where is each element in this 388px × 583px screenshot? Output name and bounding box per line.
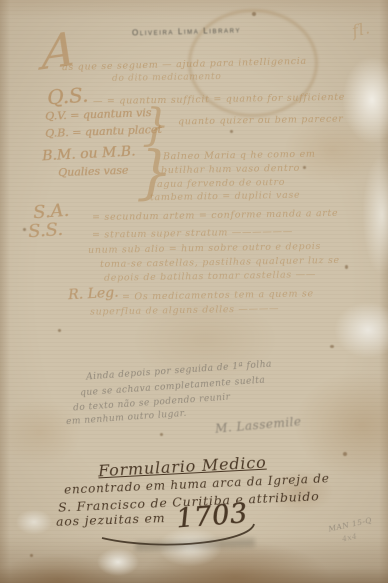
ink-speck: [252, 12, 256, 16]
ink-speck: [58, 329, 61, 332]
ink-speck: [30, 554, 33, 557]
ink-line: superflua de alguns delles ————: [90, 303, 279, 317]
ink-speck: [160, 433, 163, 436]
abbreviation: Q.S.: [46, 83, 89, 110]
ink-line: do dito medicamento: [112, 72, 222, 84]
abbreviation: Q.V. = quantum vis: [45, 106, 152, 123]
ink-line: tambem dito = duplici vase: [150, 190, 301, 204]
catalog-mark: MAN 15-Q: [328, 515, 373, 533]
ink-line: agua fervendo de outro: [157, 177, 285, 190]
abbreviation: Qualies vase: [58, 164, 129, 179]
ink-speck: [23, 228, 26, 231]
ink-line: depois de batilhas tomar castellas ——: [104, 269, 316, 284]
manuscript-page: Oliveira Lima Library fl. A as que se se…: [0, 0, 388, 583]
ink-line: Balneo Maria q he como em: [163, 149, 316, 163]
ink-speck: [345, 265, 348, 269]
ink-line: — = quantum sufficit = quanto for suffic…: [93, 92, 345, 107]
ink-speck: [330, 345, 334, 348]
ink-line: butilhar hum vaso dentro: [161, 163, 300, 176]
ink-line: toma-se castellas, pastilhas qualquer lu…: [100, 255, 340, 270]
pencil-signature: M. Lassemile: [215, 414, 303, 435]
ink-line: = Os medicamentos tem a quem se: [122, 288, 314, 302]
ink-speck: [343, 452, 347, 456]
ink-speck: [303, 166, 306, 169]
ink-line: unum sub alio = hum sobre outro e depois: [88, 241, 321, 256]
abbreviation: S.S.: [27, 219, 63, 242]
ink-line: = stratum super stratum ——————: [92, 226, 293, 241]
abbreviation: B.M. ou M.B.: [42, 144, 136, 165]
ink-line: = secundum artem = conforme manda a arte: [92, 208, 339, 223]
catalog-mark: 4x4: [341, 532, 358, 544]
ink-speck: [230, 130, 233, 133]
folio-mark: fl.: [350, 18, 372, 40]
ink-line: quanto quizer ou bem parecer: [178, 114, 344, 128]
abbreviation: R. Leg.: [68, 285, 119, 304]
